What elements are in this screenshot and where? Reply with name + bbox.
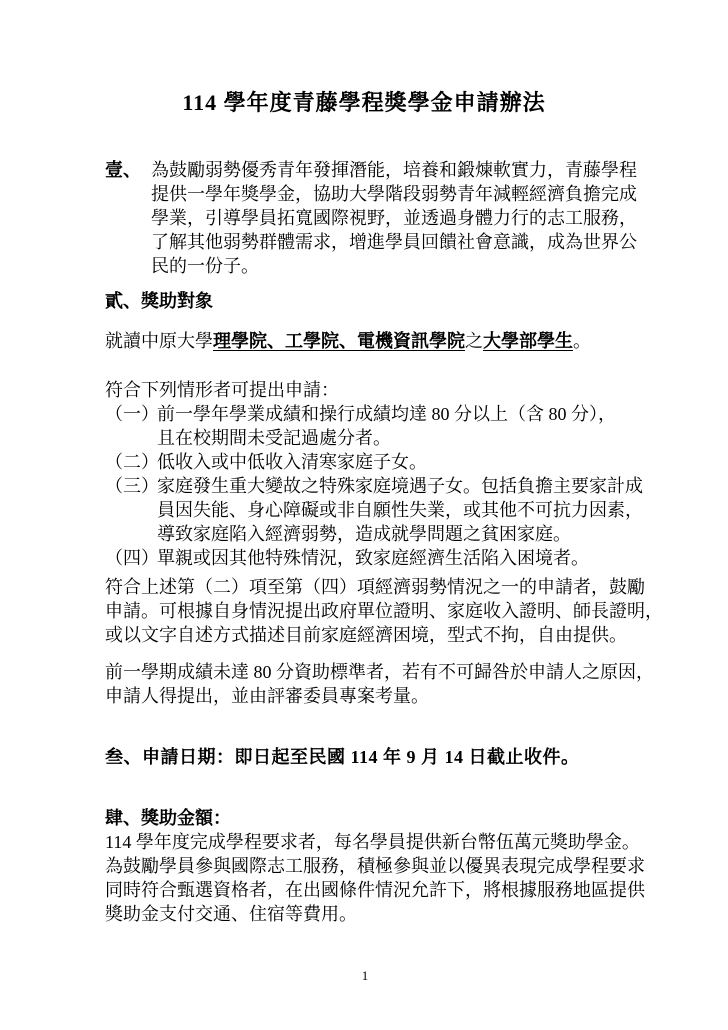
document-title: 114 學年度青藤學程獎學金申請辦法	[0, 0, 728, 118]
criteria-item-2-label: （二）	[105, 450, 157, 474]
criteria-item-3: （三） 家庭發生重大變故之特殊家庭境遇子女。包括負擔主要家計成 員因失能、身心障…	[105, 474, 625, 546]
text-line: 學業，引導學員拓寬國際視野，並透過身體力行的志工服務，	[151, 206, 637, 230]
section-3-heading: 叁、申請日期：即日起至民國 114 年 9 月 14 日截止收件。	[105, 745, 625, 769]
text-line: 114 學年度完成學程要求者，每名學員提供新台幣伍萬元獎助學金。	[105, 830, 625, 854]
criteria-item-1: （一） 前一學年學業成績和操行成績均達 80 分以上（含 80 分）， 且在校期…	[105, 402, 625, 450]
text-line: 員因失能、身心障礙或非自願性失業，或其他不可抗力因素，	[157, 498, 643, 522]
text-line: 申請。可根據自身情況提出政府單位證明、家庭收入證明、師長證明，	[105, 599, 625, 623]
text-line: 為鼓勵學員參與國際志工服務，積極參與並以優異表現完成學程要求	[105, 854, 625, 878]
text-line: 民的一份子。	[151, 254, 637, 278]
eligibility-period: 。	[573, 331, 591, 351]
text-line: 家庭發生重大變故之特殊家庭境遇子女。包括負擔主要家計成	[157, 474, 643, 498]
text-line: 前一學期成績未達 80 分資助標準者，若有不可歸咎於申請人之原因，	[105, 660, 625, 684]
criteria-item-3-label: （三）	[105, 474, 157, 546]
criteria-item-3-text: 家庭發生重大變故之特殊家庭境遇子女。包括負擔主要家計成 員因失能、身心障礙或非自…	[157, 474, 643, 546]
criteria-intro: 符合下列情形者可提出申請：	[105, 378, 625, 402]
text-line: 且在校期間未受記過處分者。	[157, 426, 616, 450]
text-line: 低收入或中低收入清寒家庭子女。	[157, 450, 427, 474]
text-line: 前一學年學業成績和操行成績均達 80 分以上（含 80 分），	[157, 402, 616, 426]
text-line: 同時符合甄選資格者，在出國條件情況允許下，將根據服務地區提供	[105, 878, 625, 902]
criteria-item-4-label: （四）	[105, 546, 157, 570]
eligibility-line: 就讀中原大學理學院、工學院、電機資訊學院之大學部學生。	[105, 329, 625, 353]
criteria-item-4-text: 單親或因其他特殊情況，致家庭經濟生活陷入困境者。	[157, 546, 589, 570]
criteria-item-2-text: 低收入或中低收入清寒家庭子女。	[157, 450, 427, 474]
section-2-heading: 貳、獎助對象	[105, 289, 625, 313]
section-1-label: 壹、	[105, 158, 151, 278]
document-page: 114 學年度青藤學程獎學金申請辦法 壹、 為鼓勵弱勢優秀青年發揮潛能，培養和鍛…	[0, 0, 728, 1030]
criteria-item-1-text: 前一學年學業成績和操行成績均達 80 分以上（含 80 分）， 且在校期間未受記…	[157, 402, 616, 450]
text-line: 導致家庭陷入經濟弱勢，造成就學問題之貧困家庭。	[157, 522, 643, 546]
criteria-item-2: （二） 低收入或中低收入清寒家庭子女。	[105, 450, 625, 474]
criteria-item-1-label: （一）	[105, 402, 157, 450]
text-line: 單親或因其他特殊情況，致家庭經濟生活陷入困境者。	[157, 546, 589, 570]
section-4-heading: 肆、獎助金額：	[105, 806, 625, 830]
eligibility-target: 大學部學生	[483, 331, 573, 351]
section-4-paragraph: 114 學年度完成學程要求者，每名學員提供新台幣伍萬元獎助學金。 為鼓勵學員參與…	[105, 830, 625, 926]
eligibility-prefix: 就讀中原大學	[105, 331, 213, 351]
section-1-text: 為鼓勵弱勢優秀青年發揮潛能，培養和鍛煉軟實力，青藤學程 提供一學年獎學金，協助大…	[151, 158, 637, 278]
criteria-item-4: （四） 單親或因其他特殊情況，致家庭經濟生活陷入困境者。	[105, 546, 625, 570]
document-body: 壹、 為鼓勵弱勢優秀青年發揮潛能，培養和鍛煉軟實力，青藤學程 提供一學年獎學金，…	[105, 158, 625, 926]
eligibility-conjunction: 之	[465, 331, 483, 351]
text-line: 或以文字自述方式描述目前家庭經濟困境，型式不拘，自由提供。	[105, 623, 625, 647]
text-line: 符合上述第（二）項至第（四）項經濟弱勢情況之一的申請者，鼓勵	[105, 575, 625, 599]
eligibility-colleges: 理學院、工學院、電機資訊學院	[213, 331, 465, 351]
encouragement-paragraph: 符合上述第（二）項至第（四）項經濟弱勢情況之一的申請者，鼓勵 申請。可根據自身情…	[105, 575, 625, 647]
exception-paragraph: 前一學期成績未達 80 分資助標準者，若有不可歸咎於申請人之原因， 申請人得提出…	[105, 660, 625, 708]
text-line: 提供一學年獎學金，協助大學階段弱勢青年減輕經濟負擔完成	[151, 182, 637, 206]
section-1-paragraph: 壹、 為鼓勵弱勢優秀青年發揮潛能，培養和鍛煉軟實力，青藤學程 提供一學年獎學金，…	[105, 158, 625, 278]
text-line: 申請人得提出，並由評審委員專案考量。	[105, 684, 625, 708]
text-line: 為鼓勵弱勢優秀青年發揮潛能，培養和鍛煉軟實力，青藤學程	[151, 158, 637, 182]
text-line: 獎助金支付交通、住宿等費用。	[105, 902, 625, 926]
text-line: 了解其他弱勢群體需求，增進學員回饋社會意識，成為世界公	[151, 230, 637, 254]
page-number: 1	[105, 967, 625, 985]
